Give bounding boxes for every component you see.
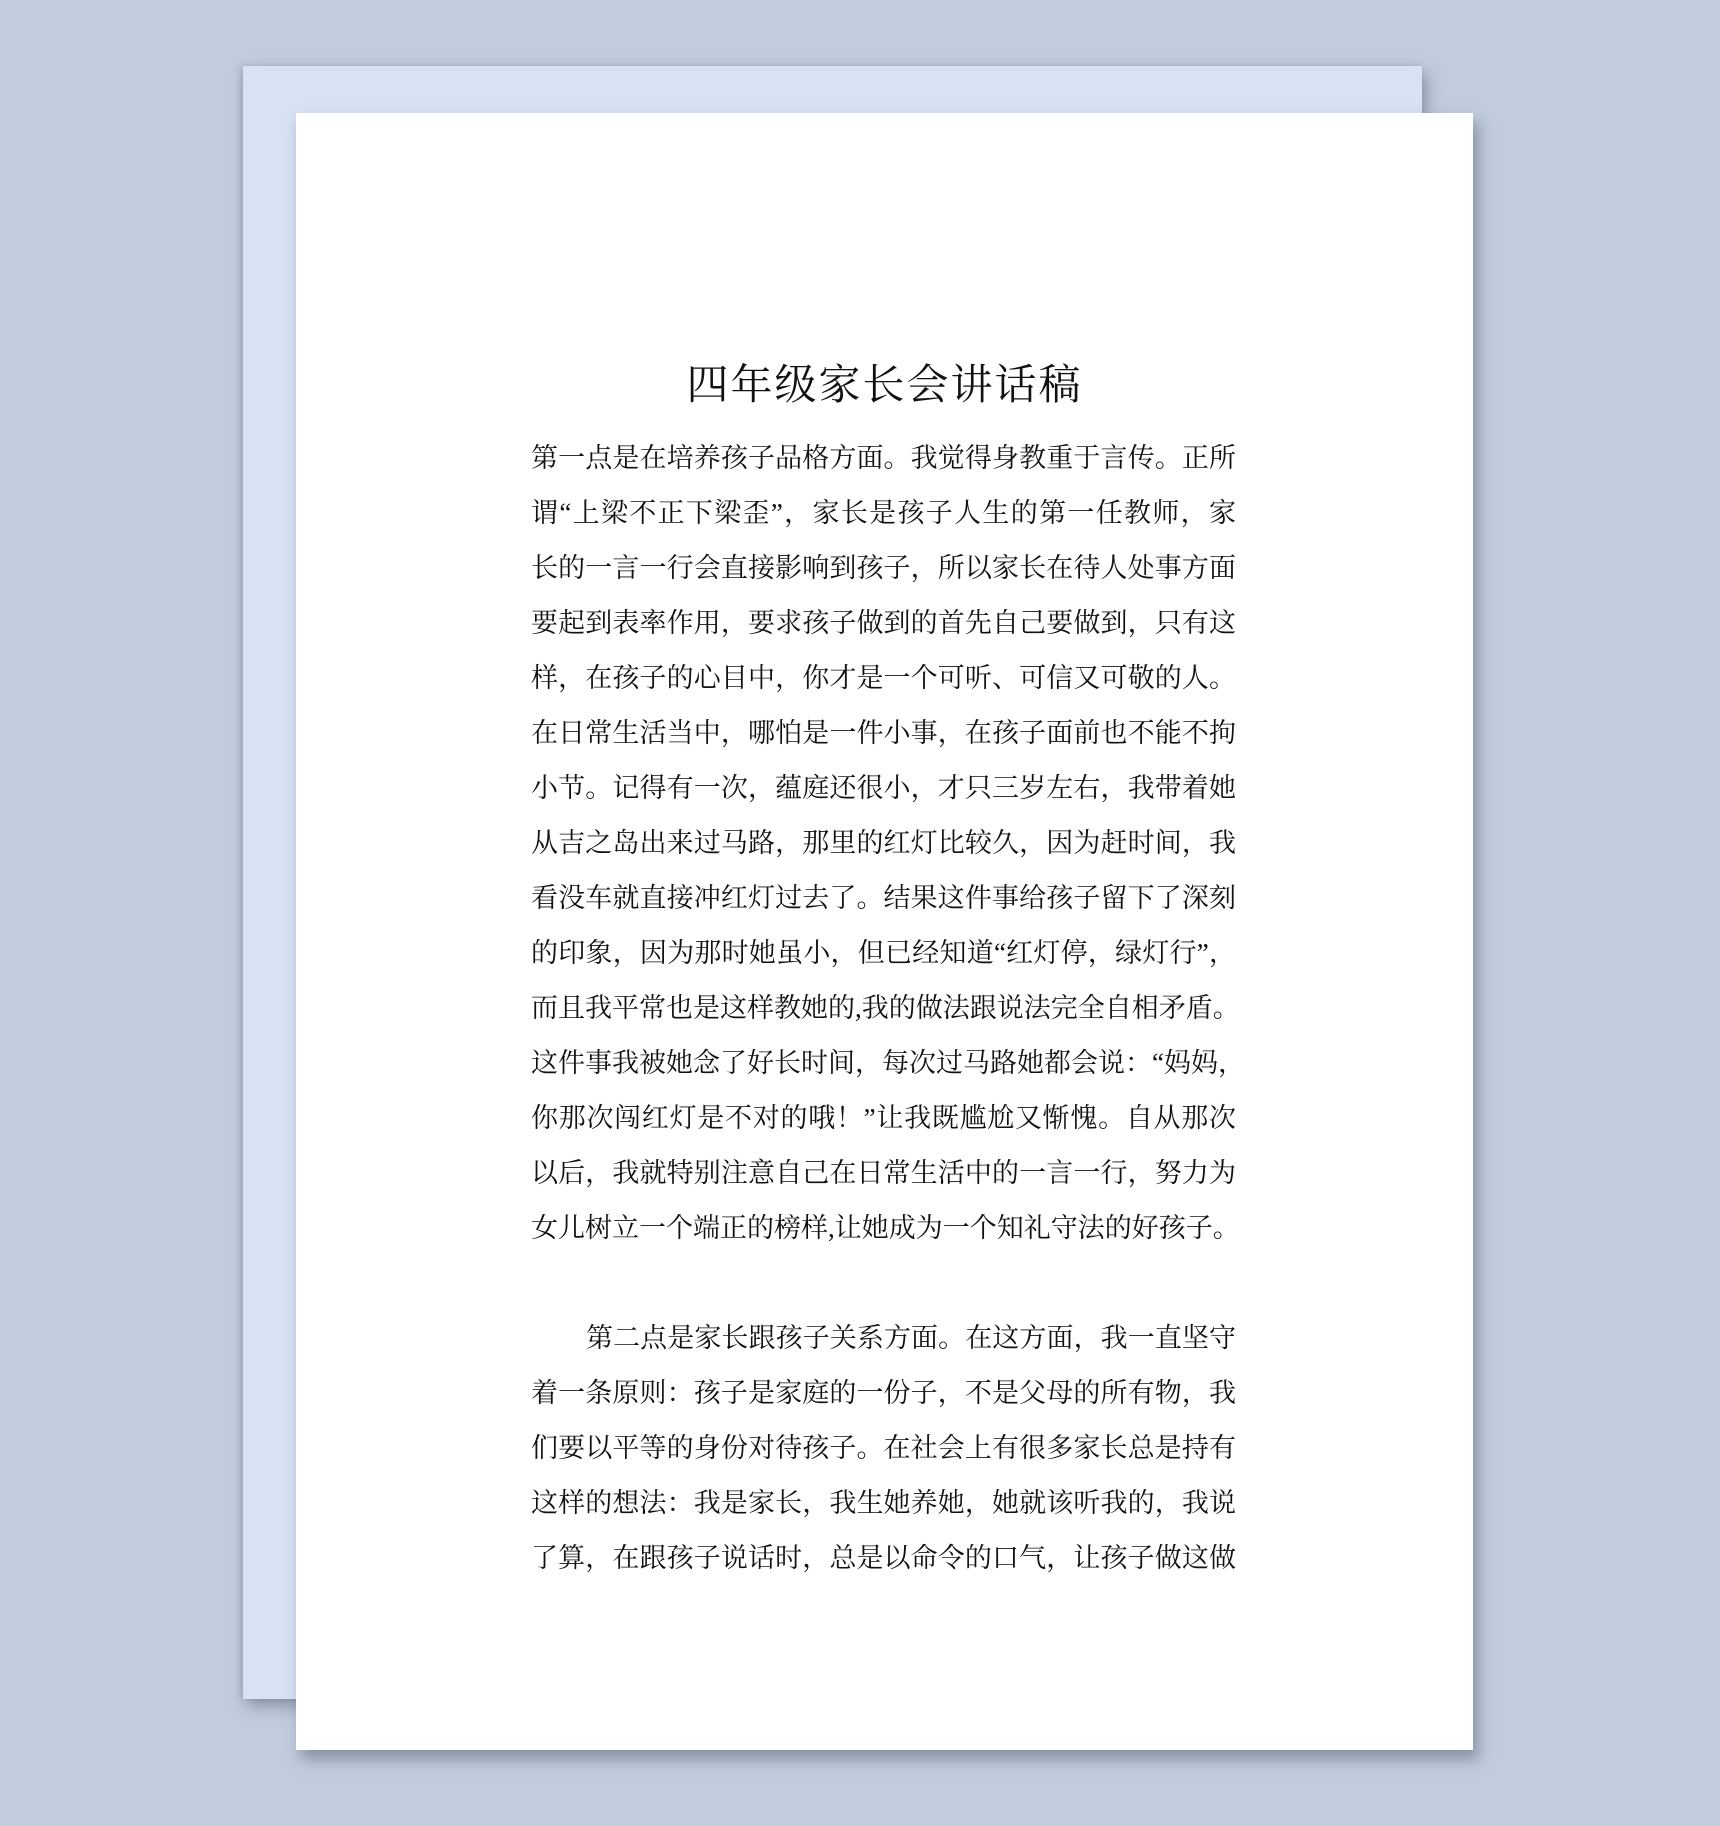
text-line: 的印象，因为那时她虽小，但已经知道“红灯停，绿灯行”， xyxy=(531,926,1236,981)
text-line: 而且我平常也是这样教她的,我的做法跟说法完全自相矛盾。 xyxy=(531,981,1236,1036)
text-line: 你那次闯红灯是不对的哦！”让我既尴尬又惭愧。自从那次 xyxy=(531,1091,1236,1146)
text-line: 这样的想法：我是家长，我生她养她，她就该听我的，我说 xyxy=(531,1476,1236,1531)
paragraph: 第一点是在培养孩子品格方面。我觉得身教重于言传。正所谓“上梁不正下梁歪”，家长是… xyxy=(531,431,1236,1256)
text-line: 女儿树立一个端正的榜样,让她成为一个知礼守法的好孩子。 xyxy=(531,1201,1236,1256)
text-line: 这件事我被她念了好长时间，每次过马路她都会说：“妈妈， xyxy=(531,1036,1236,1091)
document-body: 第一点是在培养孩子品格方面。我觉得身教重于言传。正所谓“上梁不正下梁歪”，家长是… xyxy=(531,431,1236,1586)
text-line: 们要以平等的身份对待孩子。在社会上有很多家长总是持有 xyxy=(531,1421,1236,1476)
text-line: 谓“上梁不正下梁歪”，家长是孩子人生的第一任教师，家 xyxy=(531,486,1236,541)
text-line: 在日常生活当中，哪怕是一件小事，在孩子面前也不能不拘 xyxy=(531,706,1236,761)
text-line: 从吉之岛出来过马路，那里的红灯比较久，因为赶时间，我 xyxy=(531,816,1236,871)
text-line: 以后，我就特别注意自己在日常生活中的一言一行，努力为 xyxy=(531,1146,1236,1201)
text-line: 看没车就直接冲红灯过去了。结果这件事给孩子留下了深刻 xyxy=(531,871,1236,926)
text-line: 着一条原则：孩子是家庭的一份子，不是父母的所有物，我 xyxy=(531,1366,1236,1421)
document-page: 四年级家长会讲话稿 第一点是在培养孩子品格方面。我觉得身教重于言传。正所谓“上梁… xyxy=(296,113,1473,1750)
paragraph: 第二点是家长跟孩子关系方面。在这方面，我一直坚守着一条原则：孩子是家庭的一份子，… xyxy=(531,1311,1236,1586)
text-line: 第二点是家长跟孩子关系方面。在这方面，我一直坚守 xyxy=(531,1311,1236,1366)
text-line: 要起到表率作用，要求孩子做到的首先自己要做到，只有这 xyxy=(531,596,1236,651)
text-line: 样，在孩子的心目中，你才是一个可听、可信又可敬的人。 xyxy=(531,651,1236,706)
text-line: 了算，在跟孩子说话时，总是以命令的口气，让孩子做这做 xyxy=(531,1531,1236,1586)
text-line: 长的一言一行会直接影响到孩子，所以家长在待人处事方面 xyxy=(531,541,1236,596)
text-line: 小节。记得有一次，蕴庭还很小，才只三岁左右，我带着她 xyxy=(531,761,1236,816)
document-title: 四年级家长会讲话稿 xyxy=(296,113,1473,413)
document-viewer: 四年级家长会讲话稿 第一点是在培养孩子品格方面。我觉得身教重于言传。正所谓“上梁… xyxy=(0,0,1720,1826)
text-line: 第一点是在培养孩子品格方面。我觉得身教重于言传。正所 xyxy=(531,431,1236,486)
